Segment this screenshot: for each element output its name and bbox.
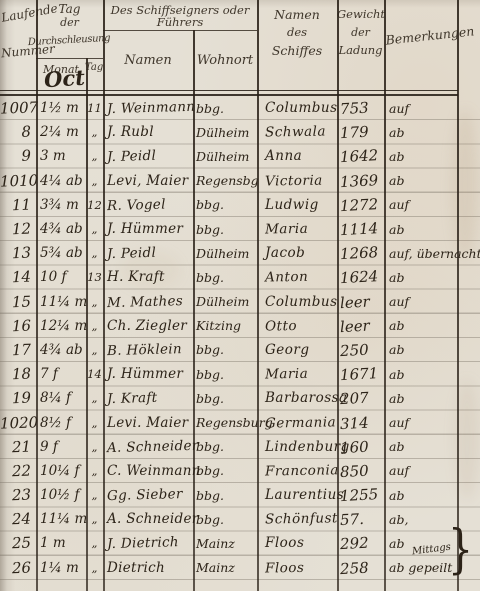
cell-ship-name: Schönfust <box>257 511 337 528</box>
cell-running-number: 26 <box>0 558 36 577</box>
cell-remark: auf <box>384 463 457 478</box>
cell-ship-name: Victoria <box>257 172 337 189</box>
cell-residence: bbg. <box>193 512 257 527</box>
cell-day: „ <box>86 464 103 478</box>
cell-owner-name: Levi. Maier <box>103 415 193 431</box>
cell-running-number: 9 <box>0 147 36 166</box>
cell-day: „ <box>86 343 103 357</box>
cell-day: 11 <box>86 101 103 115</box>
cell-residence: bbg. <box>193 488 257 503</box>
cell-running-number: 13 <box>0 244 36 263</box>
table-row: 12 4¾ ab „ J. Hümmer bbg. Maria 1114 ab <box>0 217 480 241</box>
cell-remark: auf <box>384 294 457 309</box>
month-value: Oct <box>43 65 85 93</box>
cell-running-number: 21 <box>0 437 36 456</box>
header-ship-line1: Namen <box>257 9 337 22</box>
cell-cargo-weight: 314 <box>337 412 385 432</box>
cell-owner-name: Dietrich <box>103 560 193 576</box>
cell-owner-name: Gg. Sieber <box>103 486 193 504</box>
header-day-group-line3: Durchschleusung <box>26 34 112 48</box>
cell-ship-name: Franconia <box>257 462 337 479</box>
cell-residence: Regensbg <box>193 173 257 188</box>
cell-remark: ab <box>384 367 457 382</box>
cell-remark: ab <box>384 488 457 503</box>
cell-remark: ab <box>384 149 457 164</box>
cell-cargo-weight: leer <box>337 316 385 336</box>
cell-time: 7 f <box>36 366 86 382</box>
header-bottom-line <box>0 94 458 96</box>
table-row: 23 10½ f „ Gg. Sieber bbg. Laurentius 12… <box>0 483 480 507</box>
cell-ship-name: Maria <box>257 220 337 237</box>
cell-time: 5¾ ab <box>36 245 86 261</box>
cell-cargo-weight: 250 <box>337 340 385 360</box>
cell-ship-name: Lindenburg <box>257 439 337 455</box>
cell-day: „ <box>86 295 103 309</box>
table-row: 15 11¼ m „ M. Mathes Dülheim Columbus le… <box>0 290 480 314</box>
cell-cargo-weight: 1369 <box>337 170 385 190</box>
cell-cargo-weight: 207 <box>337 388 385 408</box>
cell-owner-name: J. Kraft <box>103 389 193 407</box>
cell-ship-name: Anton <box>257 269 337 286</box>
cell-owner-name: J. Hümmer <box>103 221 193 237</box>
cell-residence: Dülheim <box>193 149 257 164</box>
cell-cargo-weight: 160 <box>337 437 385 457</box>
cell-day: „ <box>86 149 103 163</box>
cell-time: 10 f <box>36 269 86 285</box>
ledger-page: Laufende Nummer Tag der Durchschleusung … <box>0 0 480 591</box>
table-row: 11 3¾ m 12 R. Vogel bbg. Ludwig 1272 auf <box>0 193 480 217</box>
cell-residence: Kitzing <box>193 318 257 333</box>
cell-cargo-weight: 57. <box>337 509 385 529</box>
cell-remark: ab <box>384 222 457 237</box>
cell-remark: auf <box>384 415 457 430</box>
cell-owner-name: Ch. Ziegler <box>103 318 193 334</box>
cell-ship-name: Floos <box>257 535 337 551</box>
cell-remark: ab gepeilt <box>384 560 457 575</box>
table-row: 8 2¼ m „ J. Rubl Dülheim Schwala 179 ab <box>0 120 480 144</box>
table-row: 9 3 m „ J. Peidl Dülheim Anna 1642 ab <box>0 144 480 168</box>
table-row: 19 8¼ f „ J. Kraft bbg. Barbarossa 207 a… <box>0 386 480 410</box>
cell-remark: ab <box>384 270 457 285</box>
cell-running-number: 22 <box>0 461 36 480</box>
table-row: 22 10¼ f „ C. Weinmann bbg. Franconia 85… <box>0 459 480 483</box>
cell-ship-name: Otto <box>257 317 337 334</box>
cell-owner-name: J. Rubl <box>103 124 193 140</box>
cell-cargo-weight: 1114 <box>337 219 385 239</box>
cell-residence: bbg. <box>193 197 257 212</box>
cell-time: 8½ f <box>36 415 86 431</box>
table-row: 16 12¼ m „ Ch. Ziegler Kitzing Otto leer… <box>0 314 480 338</box>
cell-residence: bbg. <box>193 101 257 116</box>
cell-running-number: 24 <box>0 510 36 529</box>
cell-cargo-weight: 1642 <box>337 146 385 166</box>
table-row: 17 4¾ ab „ B. Höklein bbg. Georg 250 ab <box>0 338 480 362</box>
cell-ship-name: Anna <box>257 148 337 164</box>
column-divider <box>86 58 88 591</box>
cell-time: 11¼ m <box>36 294 86 310</box>
cell-remark: ab <box>384 318 457 333</box>
cell-running-number: 25 <box>0 534 36 553</box>
cell-ship-name: Ludwig <box>257 197 337 213</box>
cell-owner-name: J. Hümmer <box>103 366 193 382</box>
header-owner-name-col: Namen <box>103 54 193 67</box>
cell-cargo-weight: 292 <box>337 533 385 553</box>
cell-ship-name: Laurentius <box>257 487 337 503</box>
cell-day: „ <box>86 561 103 575</box>
cell-time: 8¼ f <box>36 390 86 406</box>
header-day-group-line2: der <box>36 17 103 28</box>
cell-remark: auf <box>384 101 457 116</box>
header-weight-line3: Ladung <box>337 45 384 57</box>
cell-time: 2¼ m <box>36 124 86 140</box>
header-divider <box>103 30 257 31</box>
cell-owner-name: R. Vogel <box>103 196 193 214</box>
header-weight-line1: Gewicht <box>337 9 384 21</box>
cell-owner-name: H. Kraft <box>103 269 193 285</box>
cell-owner-name: A. Schneider <box>103 511 193 527</box>
cell-day: „ <box>86 488 103 502</box>
header-divider <box>36 58 103 59</box>
cell-residence: bbg. <box>193 270 257 285</box>
cell-running-number: 1020 <box>0 413 36 432</box>
cell-residence: Dülheim <box>193 294 257 309</box>
cell-owner-name: J. Weinmann <box>103 99 193 117</box>
table-row: 14 10 f 13 H. Kraft bbg. Anton 1624 ab <box>0 265 480 289</box>
cell-time: 1½ m <box>36 100 86 116</box>
cell-time: 12¼ m <box>36 318 86 334</box>
cell-time: 4¾ ab <box>36 342 86 358</box>
cell-cargo-weight: 1255 <box>337 485 385 505</box>
cell-owner-name: C. Weinmann <box>103 463 193 479</box>
cell-owner-name: M. Mathes <box>103 292 193 310</box>
cell-running-number: 16 <box>0 316 36 335</box>
cell-owner-name: J. Peidl <box>103 244 193 262</box>
cell-time: 4¼ ab <box>36 173 86 189</box>
cell-ship-name: Floos <box>257 559 337 576</box>
table-row: 24 11¼ m „ A. Schneider bbg. Schönfust 5… <box>0 507 480 531</box>
cell-running-number: 15 <box>0 292 36 311</box>
cell-day: „ <box>86 440 103 454</box>
cell-owner-name: B. Höklein <box>103 341 193 359</box>
cell-day: „ <box>86 125 103 139</box>
cell-cargo-weight: leer <box>337 291 385 311</box>
cell-running-number: 12 <box>0 219 36 238</box>
cell-time: 9 f <box>36 439 86 455</box>
cell-residence: Mainz <box>193 536 257 551</box>
cell-running-number: 1007 <box>0 98 36 117</box>
cell-time: 3¾ m <box>36 197 86 213</box>
cell-running-number: 11 <box>0 195 36 214</box>
cell-day: 14 <box>86 367 103 381</box>
table-row: 1020 8½ f „ Levi. Maier Regensburg Germa… <box>0 410 480 434</box>
cell-ship-name: Columbus <box>257 100 337 116</box>
cell-residence: bbg. <box>193 391 257 406</box>
cell-cargo-weight: 1624 <box>337 267 385 287</box>
header-ship-line2: des <box>257 27 337 39</box>
header-owner-group-line2: Führers <box>103 17 257 29</box>
cell-ship-name: Schwala <box>257 124 337 141</box>
cell-residence: bbg. <box>193 222 257 237</box>
cell-remark: ab <box>384 173 457 188</box>
header-ship-line3: Schiffes <box>257 45 337 58</box>
cell-cargo-weight: 179 <box>337 122 385 142</box>
header-day-group-line1: Tag <box>36 3 103 15</box>
cell-day: „ <box>86 512 103 526</box>
table-row: 1007 1½ m 11 J. Weinmann bbg. Columbus 7… <box>0 96 480 120</box>
cell-owner-name: Levi, Maier <box>103 173 193 189</box>
table-row: 1010 4¼ ab „ Levi, Maier Regensbg Victor… <box>0 169 480 193</box>
cell-day: „ <box>86 246 103 260</box>
cell-day: 12 <box>86 198 103 212</box>
cell-day: „ <box>86 174 103 188</box>
cell-remark: auf <box>384 197 457 212</box>
brace-annotation: } <box>448 524 473 576</box>
ledger-rows: 1007 1½ m 11 J. Weinmann bbg. Columbus 7… <box>0 96 480 580</box>
table-header: Laufende Nummer Tag der Durchschleusung … <box>0 0 480 96</box>
cell-time: 4¾ ab <box>36 221 86 237</box>
cell-day: „ <box>86 416 103 430</box>
header-bottom-line <box>0 90 458 92</box>
cell-ship-name: Germania <box>257 414 337 431</box>
header-owner-residence-col: Wohnort <box>193 54 257 67</box>
cell-residence: Dülheim <box>193 125 257 140</box>
table-row: 13 5¾ ab „ J. Peidl Dülheim Jacob 1268 a… <box>0 241 480 265</box>
cell-day: „ <box>86 222 103 236</box>
cell-day: „ <box>86 391 103 405</box>
cell-time: 3 m <box>36 148 86 164</box>
cell-running-number: 23 <box>0 485 36 504</box>
header-remarks-col: Bemerkungen <box>380 25 480 48</box>
cell-residence: Dülheim <box>193 246 257 261</box>
cell-time: 1¼ m <box>36 560 86 576</box>
cell-remark: ab <box>384 125 457 140</box>
cell-running-number: 17 <box>0 340 36 359</box>
cell-ship-name: Columbus <box>257 294 337 310</box>
cell-remark: ab, <box>384 512 457 527</box>
cell-cargo-weight: 1671 <box>337 364 385 384</box>
table-row: 21 9 f „ A. Schneider bbg. Lindenburg 16… <box>0 435 480 459</box>
cell-remark: ab <box>384 342 457 357</box>
cell-cargo-weight: 753 <box>337 98 385 118</box>
cell-owner-name: J. Dietrich <box>103 534 193 552</box>
cell-owner-name: A. Schneider <box>103 438 193 456</box>
cell-time: 10¼ f <box>36 463 86 479</box>
cell-residence: Mainz <box>193 560 257 575</box>
cell-residence: bbg. <box>193 463 257 478</box>
cell-day: „ <box>86 319 103 333</box>
cell-cargo-weight: 1272 <box>337 195 385 215</box>
cell-remark: ab <box>384 391 457 406</box>
table-row: 26 1¼ m „ Dietrich Mainz Floos 258 ab ge… <box>0 556 480 580</box>
cell-cargo-weight: 850 <box>337 461 385 481</box>
cell-time: 10½ f <box>36 487 86 503</box>
cell-ship-name: Maria <box>257 365 337 382</box>
cell-time: 11¼ m <box>36 511 86 527</box>
cell-residence: bbg. <box>193 367 257 382</box>
cell-running-number: 19 <box>0 389 36 408</box>
cell-day: 13 <box>86 270 103 284</box>
cell-running-number: 18 <box>0 365 36 384</box>
cell-owner-name: J. Peidl <box>103 147 193 165</box>
cell-time: 1 m <box>36 535 86 551</box>
cell-running-number: 1010 <box>0 171 36 190</box>
cell-residence: bbg. <box>193 342 257 357</box>
cell-ship-name: Jacob <box>257 245 337 261</box>
header-weight-line2: der <box>337 27 384 38</box>
table-row: 25 1 m „ J. Dietrich Mainz Floos 292 ab <box>0 531 480 555</box>
header-day-col: Tag <box>85 63 103 73</box>
table-row: 18 7 f 14 J. Hümmer bbg. Maria 1671 ab <box>0 362 480 386</box>
cell-ship-name: Georg <box>257 342 337 358</box>
cell-running-number: 8 <box>0 123 36 142</box>
cell-residence: Regensburg <box>193 415 257 430</box>
cell-day: „ <box>86 536 103 550</box>
cell-residence: bbg. <box>193 439 257 454</box>
cell-cargo-weight: 1268 <box>337 243 385 263</box>
cell-running-number: 14 <box>0 268 36 287</box>
column-divider <box>193 30 195 591</box>
cell-remark: ab <box>384 439 457 454</box>
cell-ship-name: Barbarossa <box>257 390 337 406</box>
cell-remark: auf, übernacht <box>384 246 457 261</box>
cell-cargo-weight: 258 <box>337 557 385 577</box>
